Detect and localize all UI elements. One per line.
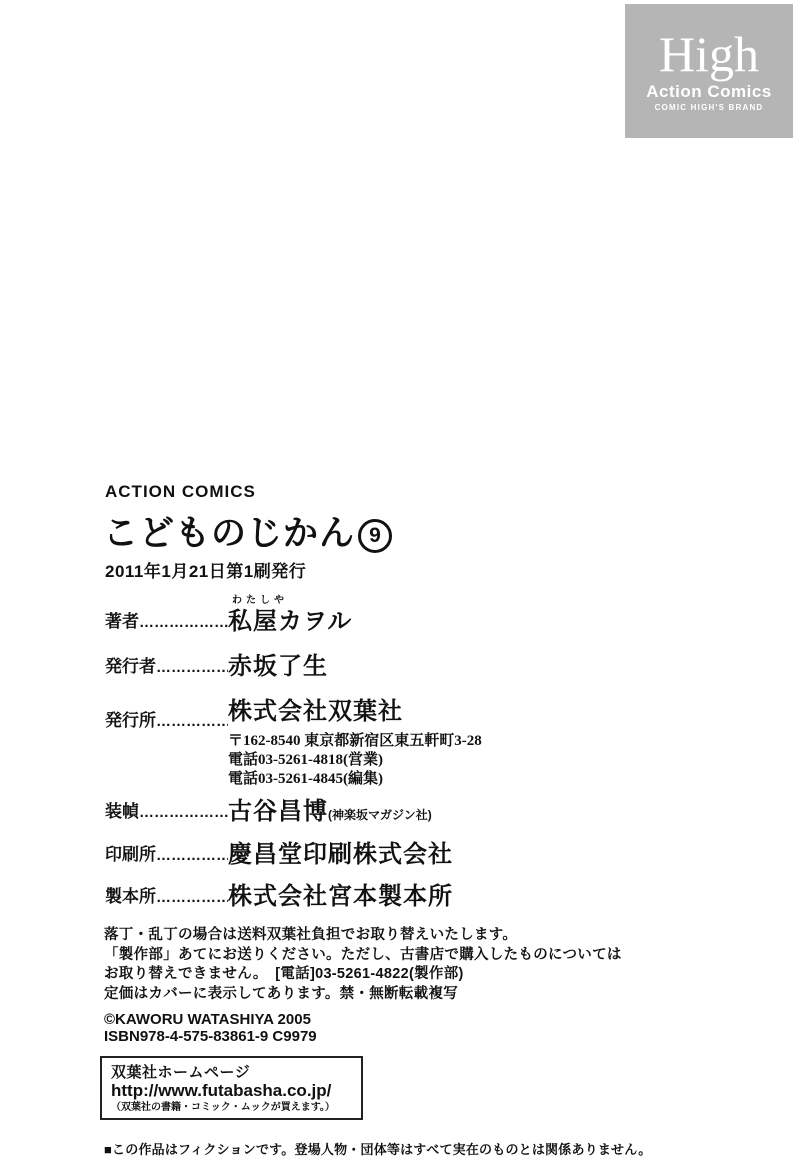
colophon-page: High Action Comics COMIC HIGH'S BRAND AC… (0, 0, 800, 1165)
colophon-row-author: 著者 …………………………………… わたしや 私屋カヲル (105, 596, 352, 637)
leader-dots: …………………………………… (139, 804, 228, 821)
publisher-label-cell: 発行所 …………………………………… (105, 706, 228, 731)
colophon-row-printer: 印刷所 …………………………………… 慶昌堂印刷株式会社 (105, 840, 453, 870)
website-url: http://www.futabasha.co.jp/ (111, 1081, 352, 1100)
replacement-notice: 落丁・乱丁の場合は送料双葉社負担でお取り替えいたします。 「製作部」あてにお送り… (104, 926, 622, 1004)
leader-dots: …………………………………… (156, 659, 228, 676)
logo-brand-text: COMIC HIGH'S BRAND (625, 103, 793, 112)
author-label: 著者 (105, 607, 139, 632)
publisher-address: 〒162-8540 東京都新宿区東五軒町3-28 電話03-5261-4818(… (228, 732, 482, 789)
colophon-row-publisher: 発行所 …………………………………… 株式会社双葉社 〒162-8540 東京都… (105, 698, 482, 789)
bindery-value-cell: 株式会社宮本製本所 (228, 883, 453, 912)
author-furigana: わたしや (232, 596, 352, 606)
publisher-value-cell: 株式会社双葉社 〒162-8540 東京都新宿区東五軒町3-28 電話03-52… (228, 698, 482, 789)
notice-line-1: 落丁・乱丁の場合は送料双葉社負担でお取り替えいたします。 (104, 926, 622, 946)
design-label-cell: 装幀 …………………………………… (105, 797, 228, 822)
website-box: 双葉社ホームページ http://www.futabasha.co.jp/ （双… (100, 1056, 363, 1120)
colophon-row-bindery: 製本所 …………………………………… 株式会社宮本製本所 (105, 882, 453, 912)
issuer-value-cell: 赤坂了生 (228, 653, 328, 682)
publisher-name: 株式会社双葉社 (228, 698, 482, 727)
website-note: （双葉社の書籍・コミック・ムックが買えます。） (111, 1102, 352, 1114)
designer-name: 古谷昌博(神楽坂マガジン社) (228, 798, 432, 827)
leader-dots: …………………………………… (139, 614, 228, 631)
issuer-label: 発行者 (105, 652, 156, 677)
printer-value-cell: 慶昌堂印刷株式会社 (228, 841, 453, 870)
volume-number-badge: 9 (358, 519, 392, 553)
issuer-label-cell: 発行者 …………………………………… (105, 652, 228, 677)
logo-action-comics-text: Action Comics (625, 82, 793, 102)
bindery-label-cell: 製本所 …………………………………… (105, 882, 228, 907)
phone-editorial: 電話03-5261-4845(編集) (228, 770, 482, 788)
bindery-label: 製本所 (105, 882, 156, 907)
publisher-logo: High Action Comics COMIC HIGH'S BRAND (625, 4, 793, 138)
imprint-label: ACTION COMICS (105, 482, 256, 502)
author-name: 私屋カヲル (228, 608, 352, 637)
notice-line-3: お取り替えできません。 [電話]03-5261-4822(製作部) (104, 965, 622, 985)
leader-dots: …………………………………… (156, 889, 228, 906)
book-title-text: こどものじかん (103, 514, 355, 553)
notice-line-2: 「製作部」あてにお送りください。ただし、古書店で購入したものについては (104, 946, 622, 966)
printer-label: 印刷所 (105, 840, 156, 865)
leader-dots: …………………………………… (156, 847, 228, 864)
edition-date: 2011年1月21日第1刷発行 (105, 557, 306, 582)
author-value-cell: わたしや 私屋カヲル (228, 596, 352, 637)
copyright-block: ©KAWORU WATASHIYA 2005 ISBN978-4-575-838… (104, 1011, 317, 1045)
publisher-label: 発行所 (105, 706, 156, 731)
leader-dots: …………………………………… (156, 713, 228, 730)
author-label-cell: 著者 …………………………………… (105, 607, 228, 632)
printer-name: 慶昌堂印刷株式会社 (228, 841, 453, 870)
designer-name-text: 古谷昌博 (228, 798, 328, 825)
fiction-disclaimer: ■この作品はフィクションです。登場人物・団体等はすべて実在のものとは関係ありませ… (104, 1139, 651, 1158)
isbn-line: ISBN978-4-575-83861-9 C9979 (104, 1028, 317, 1045)
logo-high-text: High (625, 29, 793, 79)
printer-label-cell: 印刷所 …………………………………… (105, 840, 228, 865)
postal-address: 〒162-8540 東京都新宿区東五軒町3-28 (228, 732, 482, 750)
copyright-line: ©KAWORU WATASHIYA 2005 (104, 1011, 317, 1028)
website-title: 双葉社ホームページ (111, 1064, 352, 1081)
issuer-name: 赤坂了生 (228, 653, 328, 682)
book-title: こどものじかん9 (103, 506, 392, 556)
design-label: 装幀 (105, 797, 139, 822)
design-value-cell: 古谷昌博(神楽坂マガジン社) (228, 798, 432, 827)
designer-affiliation: (神楽坂マガジン社) (328, 808, 432, 822)
colophon-row-issuer: 発行者 …………………………………… 赤坂了生 (105, 652, 328, 682)
phone-sales: 電話03-5261-4818(営業) (228, 751, 482, 769)
bindery-name: 株式会社宮本製本所 (228, 883, 453, 912)
notice-line-4: 定価はカバーに表示してあります。禁・無断転載複写 (104, 985, 622, 1005)
colophon-row-design: 装幀 …………………………………… 古谷昌博(神楽坂マガジン社) (105, 797, 432, 827)
